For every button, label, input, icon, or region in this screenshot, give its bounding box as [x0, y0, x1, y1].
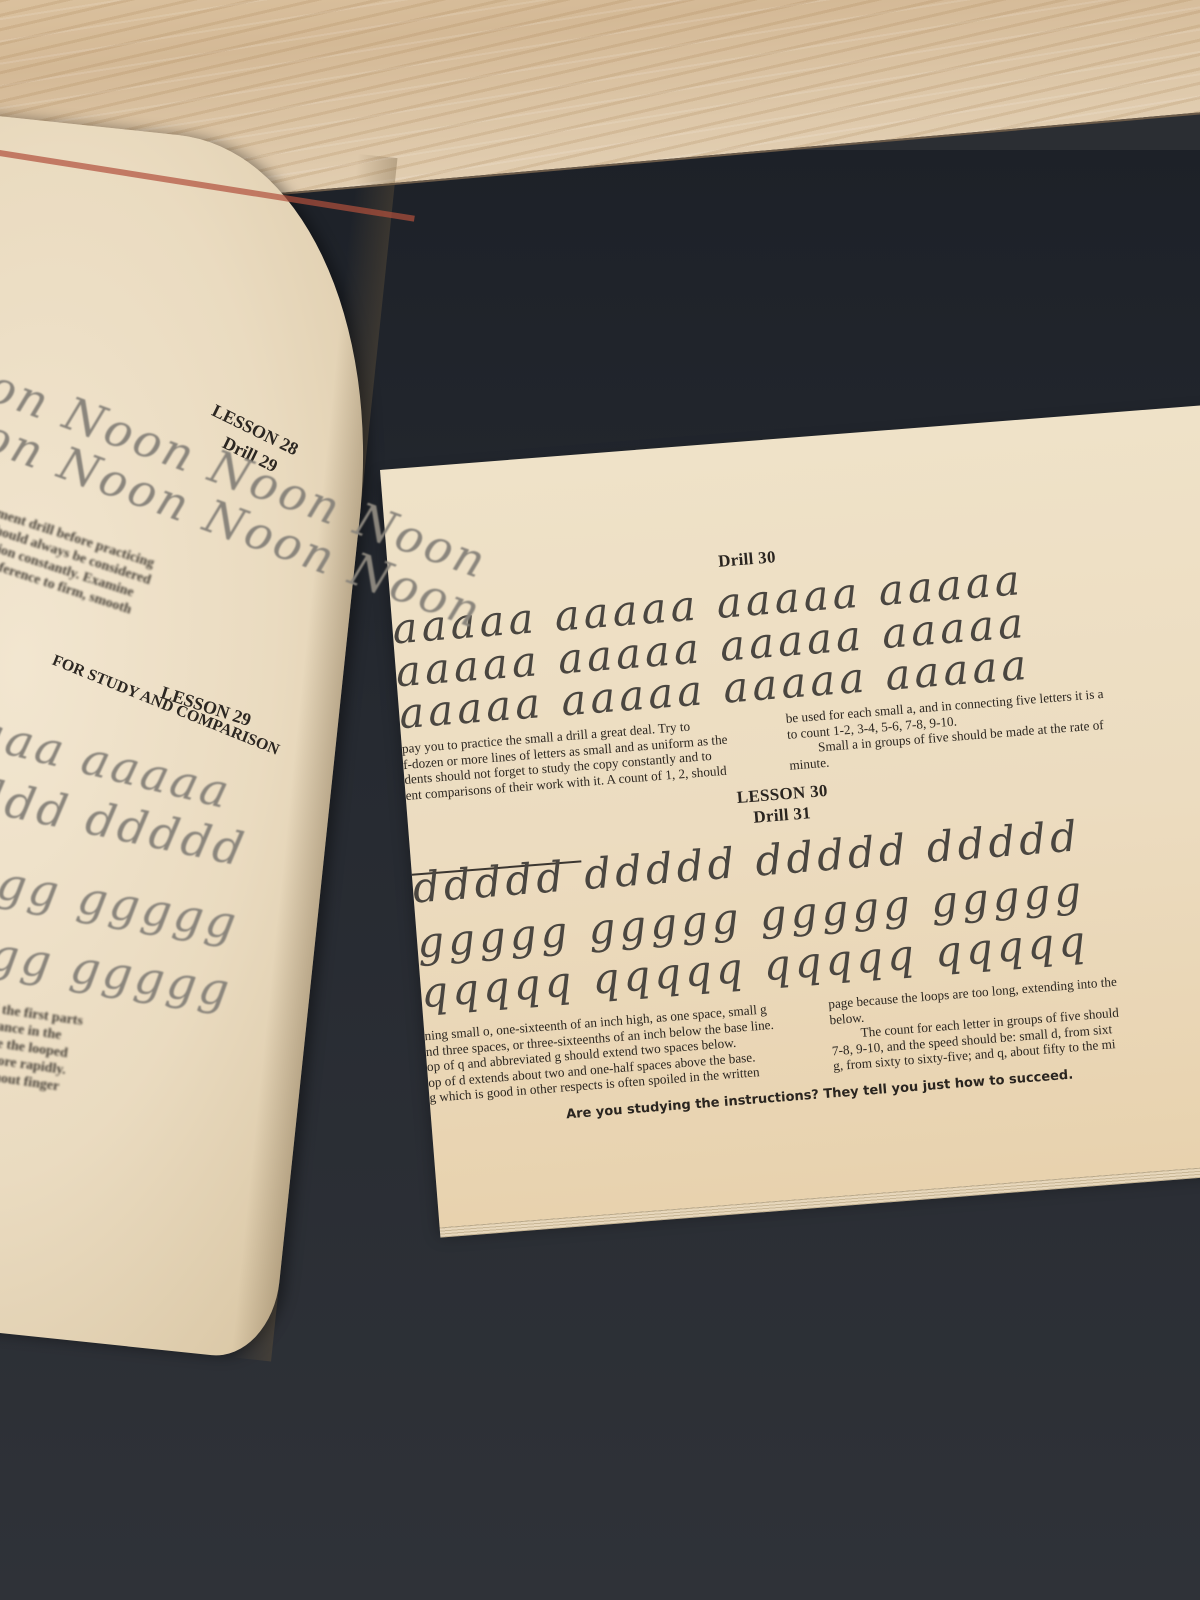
right-page: Drill 30 aaaaa aaaaa aaaaa aaaaa aaaaa a… [380, 399, 1200, 1227]
lesson-29-paragraph: f capital A, and the first parts Fix the… [0, 989, 84, 1098]
drill-31-title: Drill 31 [753, 803, 812, 827]
lesson-30-title: LESSON 30 [736, 781, 828, 808]
drill-30-title: Drill 30 [717, 547, 776, 571]
photo-scene: Drill 30 aaaaa aaaaa aaaaa aaaaa aaaaa a… [0, 0, 1200, 1600]
lesson-30-paragraph-left: ning small o, one-sixteenth of an inch h… [424, 998, 819, 1106]
